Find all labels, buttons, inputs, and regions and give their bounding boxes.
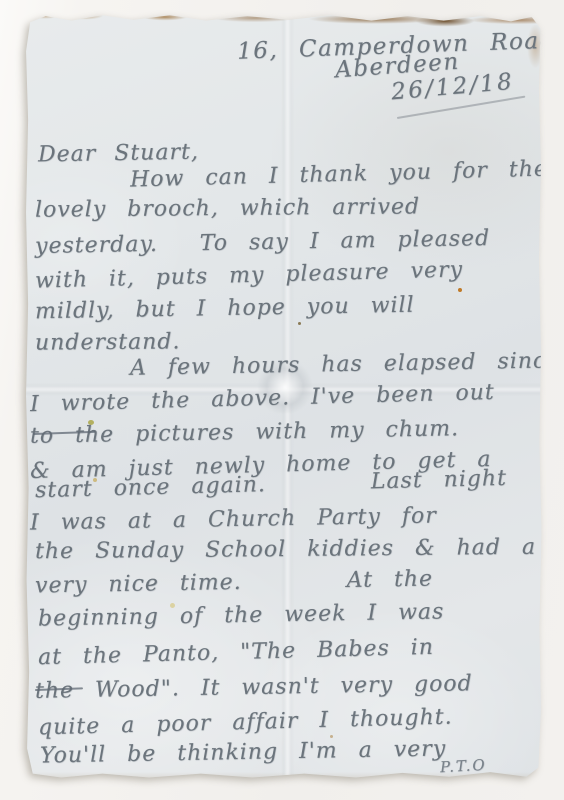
letter-line: very nice time. At the [35,567,433,599]
letter-line: I was at a Church Party for [30,503,437,535]
edge-nick [25,300,28,305]
letter-line: to the pictures with my chum. [30,416,459,448]
foxed-top-edge [25,13,542,31]
salutation: Dear Stuart, [38,140,199,168]
letter-line: quite a poor affair I thought. [38,705,453,741]
letter-line: the Sunday School kiddies & had a [35,535,536,564]
letter-line: A few hours has elapsed since [130,348,561,381]
pto-note: P.T.O [440,756,488,776]
letter-line: yesterday. To say I am pleased [35,226,491,259]
letter-paper-wrap: 16, Camperdown Road, Aberdeen 26/12/18 D… [25,13,542,779]
scanned-letter-page: 16, Camperdown Road, Aberdeen 26/12/18 D… [0,0,564,800]
letter-line: at the Panto, "The Babes in [38,635,435,670]
letter-line: I wrote the above. I've been out [30,380,495,417]
letter-line: with it, puts my pleasure very [35,257,464,293]
stain-speck [298,322,301,325]
letter-line: beginning of the week I was [38,599,445,631]
letter-line: understand. [35,329,181,355]
letter-line: the Wood". It wasn't very good [35,671,473,704]
letter-line: lovely brooch, which arrived [35,194,420,222]
letter-paper: 16, Camperdown Road, Aberdeen 26/12/18 D… [25,13,542,779]
letter-line: mildly, but I hope you will [35,293,415,325]
stain-speck [458,288,462,292]
letter-line: You'll be thinking I'm a very [40,736,447,768]
